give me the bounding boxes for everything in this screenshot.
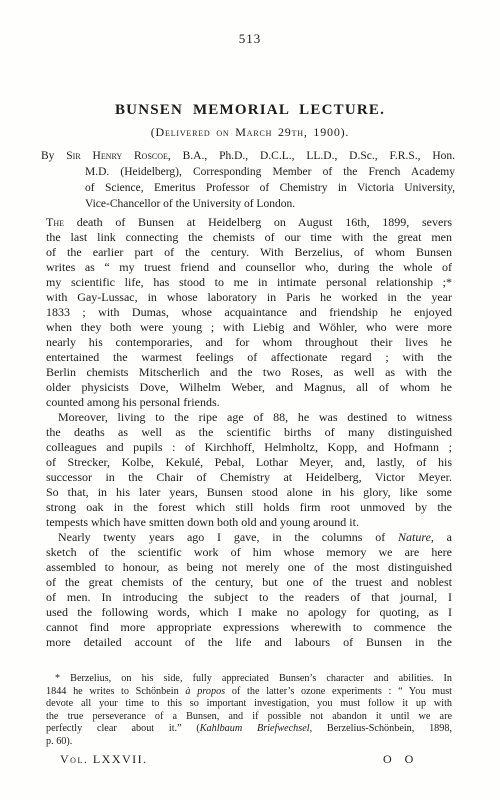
byline: By Sir Henry Roscoe, B.A., Ph.D., D.C.L.… (41, 148, 455, 212)
text-line: the true perseverance of a Bunsen, and i… (46, 711, 452, 724)
text-line: assembled to honour, as being not merely… (46, 560, 452, 575)
text-line: Moreover, living to the ripe age of 88, … (46, 410, 452, 425)
text-line: when they both were young ; with Liebig … (46, 320, 452, 335)
text-line: strong oak in the forest which still hol… (46, 500, 452, 515)
text-line: devote all your time to this so importan… (46, 698, 452, 711)
text-line: of the earlier part of the century. With… (46, 245, 452, 260)
text-line: M.D. (Heidelberg), Corresponding Member … (41, 164, 455, 180)
text-line: the last link connecting the chemists of… (46, 230, 452, 245)
text-line: 1833 ; with Dumas, whose acquaintance an… (46, 305, 452, 320)
text-line: of Strecker, Kolbe, Kekulé, Pebal, Lotha… (46, 455, 452, 470)
volume-label: Vol. LXXVII. (60, 752, 148, 766)
text-line: p. 60). (46, 736, 452, 749)
paragraph: Nearly twenty years ago I gave, in the c… (46, 530, 452, 650)
delivery-note: (Delivered on March 29th, 1900). (0, 125, 500, 140)
paragraph: Moreover, living to the ripe age of 88, … (46, 410, 452, 530)
text-line: more detailed account of the life and la… (46, 635, 452, 650)
text-line: older physicists Dove, Wilhelm Weber, an… (46, 380, 452, 395)
journal-page: 513 BUNSEN MEMORIAL LECTURE. (Delivered … (0, 0, 500, 800)
text-line: cannot find more appropriate expressions… (46, 620, 452, 635)
text-line: entertained the warmest feelings of affe… (46, 350, 452, 365)
text-line: successor in the Chair of Chemistry at H… (46, 470, 452, 485)
text-line: with Gay-Lussac, in whose laboratory in … (46, 290, 452, 305)
paragraph: The death of Bunsen at Heidelberg on Aug… (46, 215, 452, 410)
text-line: nearly his contemporaries, and for whom … (46, 335, 452, 350)
text-line: perfectly clear about it.” (Kahlbaum Bri… (46, 723, 452, 736)
text-line: * Berzelius, on his side, fully apprecia… (46, 673, 452, 686)
text-line: of the great chemists of the century, bu… (46, 575, 452, 590)
text-line: the deaths as well as the scientific bir… (46, 425, 452, 440)
text-line: of Science, Emeritus Professor of Chemis… (41, 180, 455, 196)
signature-mark: O O (383, 752, 414, 767)
footnote: * Berzelius, on his side, fully apprecia… (46, 673, 452, 749)
text-line: my scientific life, has stood to me in i… (46, 275, 452, 290)
text-line: Vice-Chancellor of the University of Lon… (41, 196, 455, 212)
text-line: used the following words, which I make n… (46, 605, 452, 620)
text-line: Berlin chemists Mitscherlich and the two… (46, 365, 452, 380)
text-line: colleagues and pupils : of Kirchhoff, He… (46, 440, 452, 455)
text-line: By Sir Henry Roscoe, B.A., Ph.D., D.C.L.… (41, 148, 455, 164)
article-body: The death of Bunsen at Heidelberg on Aug… (46, 215, 452, 650)
page-number: 513 (0, 0, 500, 47)
text-line: 1844 he writes to Schönbein à propos of … (46, 686, 452, 699)
article-title: BUNSEN MEMORIAL LECTURE. (0, 102, 500, 119)
text-line: tempests which have smitten down both ol… (46, 515, 452, 530)
text-line: So that, in his later years, Bunsen stoo… (46, 485, 452, 500)
text-line: The death of Bunsen at Heidelberg on Aug… (46, 215, 452, 230)
text-line: writes as “ my truest friend and counsel… (46, 260, 452, 275)
text-line: sketch of the scientific work of him who… (46, 545, 452, 560)
page-footer: Vol. LXXVII. O O (0, 752, 500, 767)
text-line: of men. In introducing the subject to th… (46, 590, 452, 605)
text-line: counted among his personal friends. (46, 395, 452, 410)
text-line: Nearly twenty years ago I gave, in the c… (46, 530, 452, 545)
